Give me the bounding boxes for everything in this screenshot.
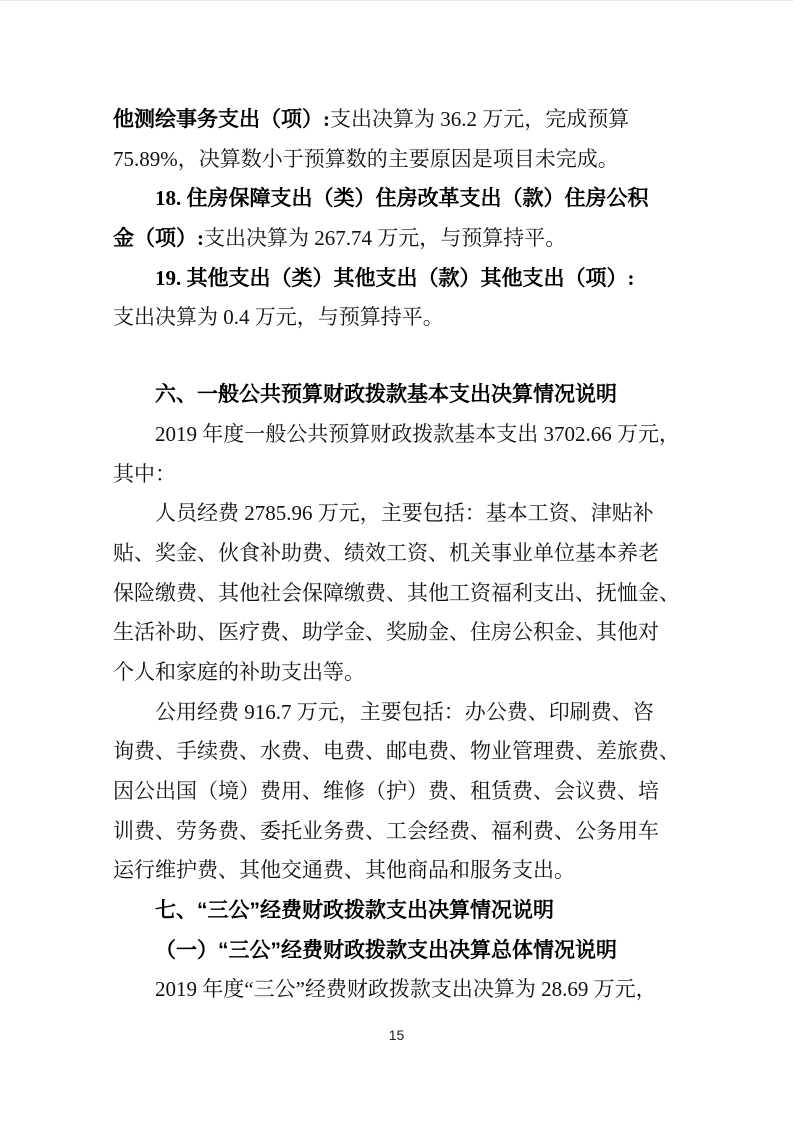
page-footer: 15 [0, 1027, 793, 1043]
text-line: 六、一般公共预算财政拨款基本支出决算情况说明 [113, 375, 680, 415]
body-text: 人员经费 2785.96 万元，主要包括：基本工资、津贴补 [155, 501, 654, 525]
bold-text: 六、一般公共预算财政拨款基本支出决算情况说明 [155, 383, 617, 406]
bold-text: 19. 其他支出（类）其他支出（款）其他支出（项）: [155, 266, 635, 290]
text-line: （一）“三公”经费财政拨款支出决算总体情况说明 [113, 931, 680, 971]
text-line: 七、“三公”经费财政拨款支出决算情况说明 [113, 891, 680, 931]
text-line: 人员经费 2785.96 万元，主要包括：基本工资、津贴补 [113, 494, 680, 534]
page-number: 15 [389, 1027, 405, 1043]
body-text: 其中： [113, 462, 176, 486]
text-line: 公用经费 916.7 万元，主要包括：办公费、印刷费、咨 [113, 693, 680, 733]
text-line: 18. 住房保障支出（类）住房改革支出（款）住房公积 [113, 179, 680, 219]
body-text: 支出决算为 0.4 万元，与预算持平。 [113, 305, 444, 329]
bold-text: 18. 住房保障支出（类）住房改革支出（款）住房公积 [155, 186, 649, 210]
text-line: 2019 年度一般公共预算财政拨款基本支出 3702.66 万元， [113, 415, 680, 455]
body-text: 个人和家庭的补助支出等。 [113, 660, 365, 684]
bold-text: 金（项）: [113, 226, 204, 250]
text-line: 贴、奖金、伙食补助费、绩效工资、机关事业单位基本养老 [113, 534, 680, 574]
text-line: 训费、劳务费、委托业务费、工会经费、福利费、公务用车 [113, 812, 680, 852]
bold-text: 七、“三公”经费财政拨款支出决算情况说明 [155, 899, 554, 922]
text-line: 支出决算为 0.4 万元，与预算持平。 [113, 298, 680, 338]
body-text: 2019 年度一般公共预算财政拨款基本支出 3702.66 万元， [155, 422, 680, 446]
text-line: 生活补助、医疗费、助学金、奖励金、住房公积金、其他对 [113, 613, 680, 653]
body-text: 生活补助、医疗费、助学金、奖励金、住房公积金、其他对 [113, 620, 659, 644]
text-line: 他测绘事务支出（项）:支出决算为 36.2 万元，完成预算 [113, 100, 680, 140]
body-text: 75.89%，决算数小于预算数的主要原因是项目未完成。 [113, 147, 619, 171]
text-line: 19. 其他支出（类）其他支出（款）其他支出（项）: [113, 259, 680, 299]
body-text: 训费、劳务费、委托业务费、工会经费、福利费、公务用车 [113, 819, 659, 843]
text-line: 询费、手续费、水费、电费、邮电费、物业管理费、差旅费、 [113, 732, 680, 772]
body-text: 支出决算为 36.2 万元，完成预算 [330, 107, 629, 131]
text-line: 2019 年度“三公”经费财政拨款支出决算为 28.69 万元， [113, 970, 680, 1010]
body-text: 保险缴费、其他社会保障缴费、其他工资福利支出、抚恤金、 [113, 581, 680, 605]
text-line: 个人和家庭的补助支出等。 [113, 653, 680, 693]
blank-line [113, 338, 680, 375]
body-text: 运行维护费、其他交通费、其他商品和服务支出。 [113, 858, 575, 882]
text-line: 75.89%，决算数小于预算数的主要原因是项目未完成。 [113, 140, 680, 180]
body-text: 贴、奖金、伙食补助费、绩效工资、机关事业单位基本养老 [113, 541, 659, 565]
body-text: 支出决算为 267.74 万元，与预算持平。 [204, 226, 566, 250]
bold-text: 他测绘事务支出（项）: [113, 107, 330, 131]
text-line: 保险缴费、其他社会保障缴费、其他工资福利支出、抚恤金、 [113, 574, 680, 614]
bold-text: （一）“三公”经费财政拨款支出决算总体情况说明 [155, 939, 617, 962]
document-page: 他测绘事务支出（项）:支出决算为 36.2 万元，完成预算75.89%，决算数小… [0, 0, 793, 1122]
text-line: 因公出国（境）费用、维修（护）费、租赁费、会议费、培 [113, 772, 680, 812]
text-line: 其中： [113, 455, 680, 495]
body-text: 因公出国（境）费用、维修（护）费、租赁费、会议费、培 [113, 779, 659, 803]
text-line: 运行维护费、其他交通费、其他商品和服务支出。 [113, 851, 680, 891]
body-text: 2019 年度“三公”经费财政拨款支出决算为 28.69 万元， [155, 977, 657, 1001]
document-body: 他测绘事务支出（项）:支出决算为 36.2 万元，完成预算75.89%，决算数小… [113, 100, 680, 1010]
body-text: 公用经费 916.7 万元，主要包括：办公费、印刷费、咨 [155, 700, 654, 724]
text-line: 金（项）:支出决算为 267.74 万元，与预算持平。 [113, 219, 680, 259]
body-text: 询费、手续费、水费、电费、邮电费、物业管理费、差旅费、 [113, 739, 680, 763]
